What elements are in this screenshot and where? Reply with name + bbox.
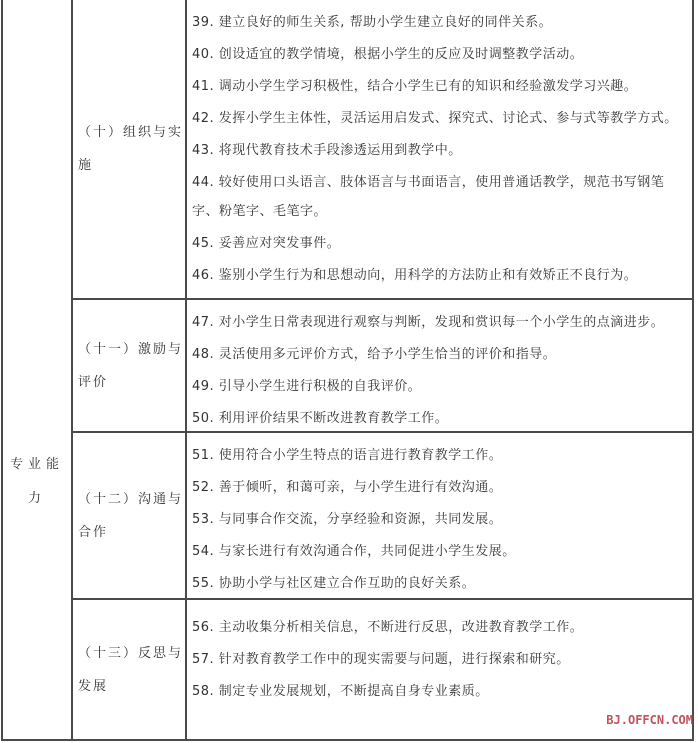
category-label: （十三）反思与发展	[73, 637, 185, 703]
standard-item: 53. 与同事合作交流，分享经验和资源，共同发展。	[192, 505, 686, 534]
standard-item: 56. 主动收集分析相关信息，不断进行反思，改进教育教学工作。	[192, 613, 686, 642]
category-cell: （十一）激励与评价	[73, 300, 187, 431]
standard-item: 58. 制定专业发展规划，不断提高自身专业素质。	[192, 677, 686, 706]
standard-item: 44. 较好使用口头语言、肢体语言与书面语言，使用普通话教学，规范书写钢笔字、粉…	[192, 168, 686, 226]
table-row: （十一）激励与评价 47. 对小学生日常表现进行观察与判断，发现和赏识每一个小学…	[73, 300, 692, 433]
table-row: （十二）沟通与合作 51. 使用符合小学生特点的语言进行教育教学工作。52. 善…	[73, 433, 692, 600]
items-cell: 51. 使用符合小学生特点的语言进行教育教学工作。52. 善于倾听，和蔼可亲，与…	[187, 433, 692, 598]
standard-item: 46. 鉴别小学生行为和思想动向，用科学的方法防止和有效矫正不良行为。	[192, 261, 686, 290]
standard-item: 55. 协助小学与社区建立合作互助的良好关系。	[192, 569, 686, 598]
category-label: （十二）沟通与合作	[73, 483, 185, 549]
standard-item: 43. 将现代教育技术手段渗透运用到教学中。	[192, 136, 686, 165]
category-cell: （十三）反思与发展	[73, 600, 187, 739]
standard-item: 52. 善于倾听，和蔼可亲，与小学生进行有效沟通。	[192, 473, 686, 502]
standard-item: 50. 利用评价结果不断改进教育教学工作。	[192, 404, 686, 433]
category-cell: （十二）沟通与合作	[73, 433, 187, 598]
standard-item: 48. 灵活使用多元评价方式，给予小学生恰当的评价和指导。	[192, 340, 686, 369]
standard-item: 57. 针对教育教学工作中的现实需要与问题，进行探索和研究。	[192, 645, 686, 674]
items-cell: 47. 对小学生日常表现进行观察与判断，发现和赏识每一个小学生的点滴进步。48.…	[187, 300, 692, 431]
standard-item: 40. 创设适宜的教学情境，根据小学生的反应及时调整教学活动。	[192, 40, 686, 69]
dimension-cell: 专业能力	[3, 0, 73, 739]
dimension-label: 专业能力	[6, 448, 68, 516]
document-page: 专业能力 （十）组织与实施 39. 建立良好的师生关系, 帮助小学生建立良好的同…	[0, 0, 698, 743]
standard-item: 41. 调动小学生学习积极性，结合小学生已有的知识和经验激发学习兴趣。	[192, 72, 686, 101]
category-cell: （十）组织与实施	[73, 0, 187, 298]
category-label: （十一）激励与评价	[73, 333, 185, 399]
table-row: （十）组织与实施 39. 建立良好的师生关系, 帮助小学生建立良好的同伴关系。4…	[73, 0, 692, 300]
standard-item: 39. 建立良好的师生关系, 帮助小学生建立良好的同伴关系。	[192, 8, 686, 37]
standard-item: 49. 引导小学生进行积极的自我评价。	[192, 372, 686, 401]
standard-item: 45. 妥善应对突发事件。	[192, 229, 686, 258]
table-body: （十）组织与实施 39. 建立良好的师生关系, 帮助小学生建立良好的同伴关系。4…	[73, 0, 692, 739]
standard-item: 47. 对小学生日常表现进行观察与判断，发现和赏识每一个小学生的点滴进步。	[192, 308, 686, 337]
category-label: （十）组织与实施	[73, 116, 185, 182]
standard-item: 54. 与家长进行有效沟通合作，共同促进小学生发展。	[192, 537, 686, 566]
standards-table: 专业能力 （十）组织与实施 39. 建立良好的师生关系, 帮助小学生建立良好的同…	[1, 0, 694, 741]
items-cell: 39. 建立良好的师生关系, 帮助小学生建立良好的同伴关系。40. 创设适宜的教…	[187, 0, 692, 298]
standard-item: 42. 发挥小学生主体性，灵活运用启发式、探究式、讨论式、参与式等教学方式。	[192, 104, 686, 133]
standard-item: 51. 使用符合小学生特点的语言进行教育教学工作。	[192, 441, 686, 470]
table-row: （十三）反思与发展 56. 主动收集分析相关信息，不断进行反思，改进教育教学工作…	[73, 600, 692, 739]
site-watermark: BJ.OFFCN.COM	[606, 713, 693, 727]
